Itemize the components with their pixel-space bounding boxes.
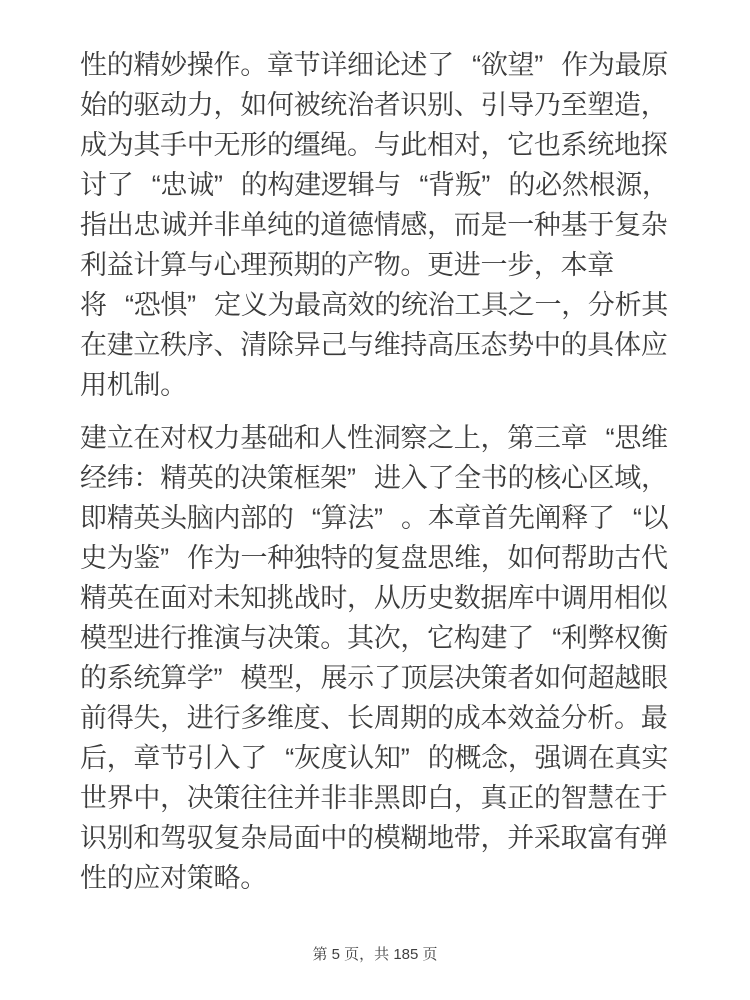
text-line: 识别和驾驭复杂局面中的模糊地带，并采取富有弹 [80, 818, 690, 858]
paragraph: 性的精妙操作。章节详细论述了“欲望”作为最原始的驱动力，如何被统治者识别、引导乃… [80, 45, 690, 405]
text-line: 即精英头脑内部的“算法”。本章首先阐释了“以 [80, 498, 690, 538]
text-line: 讨了“忠诚”的构建逻辑与“背叛”的必然根源， [80, 165, 690, 205]
page-number-text: 第 5 页，共 185 页 [312, 946, 437, 963]
text-line: 精英在面对未知挑战时，从历史数据库中调用相似 [80, 578, 690, 618]
text-line: 世界中，决策往往并非非黑即白，真正的智慧在于 [80, 778, 690, 818]
text-line: 性的精妙操作。章节详细论述了“欲望”作为最原 [80, 45, 690, 85]
text-line: 建立在对权力基础和人性洞察之上，第三章“思维 [80, 418, 690, 458]
document-page: 性的精妙操作。章节详细论述了“欲望”作为最原始的驱动力，如何被统治者识别、引导乃… [0, 0, 750, 1000]
page-footer: 第 5 页，共 185 页 [0, 944, 750, 966]
text-line: 在建立秩序、清除异己与维持高压态势中的具体应 [80, 325, 690, 365]
text-line: 后，章节引入了“灰度认知”的概念，强调在真实 [80, 738, 690, 778]
text-line: 利益计算与心理预期的产物。更进一步，本章 [80, 245, 690, 285]
text-line: 将“恐惧”定义为最高效的统治工具之一，分析其 [80, 285, 690, 325]
text-line: 始的驱动力，如何被统治者识别、引导乃至塑造， [80, 85, 690, 125]
text-line: 成为其手中无形的缰绳。与此相对，它也系统地探 [80, 125, 690, 165]
text-line: 指出忠诚并非单纯的道德情感，而是一种基于复杂 [80, 205, 690, 245]
text-line: 经纬：精英的决策框架”进入了全书的核心区域， [80, 458, 690, 498]
document-content: 性的精妙操作。章节详细论述了“欲望”作为最原始的驱动力，如何被统治者识别、引导乃… [80, 45, 690, 898]
text-line: 史为鉴”作为一种独特的复盘思维，如何帮助古代 [80, 538, 690, 578]
text-line: 性的应对策略。 [80, 858, 690, 898]
text-line: 模型进行推演与决策。其次，它构建了“利弊权衡 [80, 618, 690, 658]
text-line: 的系统算学”模型，展示了顶层决策者如何超越眼 [80, 658, 690, 698]
text-line: 用机制。 [80, 365, 690, 405]
text-line: 前得失，进行多维度、长周期的成本效益分析。最 [80, 698, 690, 738]
paragraph: 建立在对权力基础和人性洞察之上，第三章“思维经纬：精英的决策框架”进入了全书的核… [80, 418, 690, 898]
